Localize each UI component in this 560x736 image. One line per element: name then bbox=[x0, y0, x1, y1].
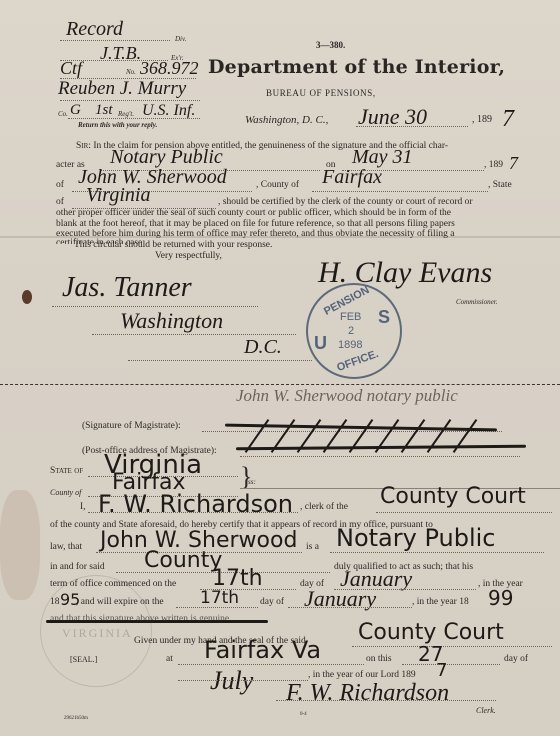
expire-month-line bbox=[288, 607, 412, 608]
body-line-1: , should be certified by the clerk of th… bbox=[218, 197, 473, 207]
is-a-label: is a bbox=[306, 542, 319, 552]
addressee-state: D.C. bbox=[244, 336, 282, 359]
regt-value: 1st bbox=[95, 102, 113, 119]
state-of-label: State of bbox=[50, 466, 83, 476]
office-value: Notary Public bbox=[336, 524, 495, 552]
in-and-for-label: in and for said bbox=[50, 562, 105, 572]
state-label: , State bbox=[488, 180, 512, 190]
magistrate-signature-label: (Signature of Magistrate): bbox=[82, 421, 181, 431]
commenced-year-prefix: 18 bbox=[50, 597, 60, 607]
i-label: I, bbox=[80, 502, 86, 512]
clerk-name: F. W. Richardson bbox=[98, 490, 293, 518]
co-line bbox=[68, 118, 200, 119]
seal-label: [SEAL.] bbox=[70, 655, 97, 664]
year-prefix: , 189 bbox=[472, 114, 492, 125]
pension-office-stamp: PENSION FEB 2 1898 U S OFFICE. bbox=[306, 283, 402, 379]
office-line bbox=[330, 552, 544, 553]
in-and-for-value: County bbox=[144, 548, 222, 573]
at-place: Fairfax Va bbox=[204, 636, 321, 664]
claimant-line bbox=[60, 100, 200, 101]
clerk-signature-line bbox=[276, 700, 496, 701]
pension-circular-document: VIRGINIA Record Div. J.T.B. Ex'r. Ctf No… bbox=[0, 0, 560, 736]
no-label: No. bbox=[126, 68, 136, 76]
given-month: July bbox=[210, 666, 253, 696]
on-year-prefix: , 189 bbox=[484, 160, 503, 170]
struck-line-mark bbox=[46, 620, 268, 623]
clerk-signature: F. W. Richardson bbox=[286, 680, 449, 707]
county-value: Fairfax bbox=[322, 166, 382, 189]
stamp-year: 1898 bbox=[338, 339, 362, 351]
return-note: Return this with your reply. bbox=[78, 121, 157, 129]
expire-day: 17th bbox=[200, 588, 239, 608]
div-line bbox=[60, 40, 170, 41]
given-court-line bbox=[352, 646, 552, 647]
expire-year-label: , in the year 18 bbox=[412, 597, 469, 607]
expire-label: , and will expire on the bbox=[76, 597, 164, 607]
commissioner-label: Commissioner. bbox=[456, 298, 497, 306]
on-year-value: 7 bbox=[509, 153, 518, 174]
stamp-day: 2 bbox=[348, 325, 354, 337]
magistrate-address-line bbox=[240, 456, 520, 457]
clerk-of-label: , clerk of the bbox=[300, 502, 348, 512]
addressee-line-1 bbox=[52, 306, 258, 307]
stamp-month: FEB bbox=[340, 311, 361, 323]
salutation: Sir: bbox=[76, 141, 91, 151]
body-line-2: other proper officer under the seal of s… bbox=[56, 208, 451, 218]
co-label: Co. bbox=[58, 110, 68, 118]
of-label: of bbox=[56, 180, 64, 190]
claimant-name: Reuben J. Murry bbox=[58, 78, 186, 100]
expire-day-of-label: day of bbox=[260, 597, 284, 607]
year-lord-label: , in the year of our Lord 189 bbox=[308, 670, 416, 680]
of2-label: of bbox=[56, 197, 64, 207]
form-number: 3—380. bbox=[316, 40, 345, 50]
on-this-day-line bbox=[402, 664, 500, 665]
tear-line bbox=[0, 384, 560, 385]
addressee-line-2 bbox=[92, 334, 296, 335]
clerk-label: Clerk. bbox=[476, 706, 496, 715]
return-circular-note: This circular should be returned with yo… bbox=[74, 240, 272, 250]
div-label: Div. bbox=[175, 35, 186, 43]
year-lord-value: 7 bbox=[436, 660, 447, 681]
stamp-right: S bbox=[378, 307, 390, 328]
place-label: Washington, D. C., bbox=[245, 114, 328, 126]
body-line-3: blank at the foot hereof, that it may be… bbox=[56, 219, 455, 229]
bureau-title: BUREAU OF PENSIONS, bbox=[266, 88, 376, 98]
div-value: Record bbox=[66, 18, 123, 41]
page-code: 0-4 bbox=[300, 712, 307, 717]
date-line bbox=[356, 126, 468, 127]
day-of-label-2: day of bbox=[504, 654, 528, 664]
co-value: G bbox=[70, 102, 81, 119]
at-label: at bbox=[166, 654, 173, 664]
court-line bbox=[376, 512, 552, 513]
closing: Very respectfully, bbox=[155, 251, 222, 261]
expire-day-line bbox=[176, 607, 258, 608]
at-place-line bbox=[178, 664, 364, 665]
court-value: County Court bbox=[380, 484, 526, 509]
stamp-bottom: OFFICE. bbox=[335, 348, 380, 374]
expire-year-value: 99 bbox=[488, 586, 513, 610]
no-value: 368.972 bbox=[140, 58, 199, 79]
state-value: Virginia bbox=[86, 184, 150, 207]
print-code: 29621b50m bbox=[64, 716, 88, 721]
water-stain bbox=[0, 490, 40, 600]
addressee-name: Jas. Tanner bbox=[62, 272, 192, 304]
stamp-left: U bbox=[314, 333, 327, 354]
addressee-city: Washington bbox=[120, 308, 223, 334]
county-label: , County of bbox=[256, 180, 299, 190]
department-title: Department of the Interior, bbox=[208, 56, 505, 78]
on-this-label: on this bbox=[366, 654, 392, 664]
ink-blot bbox=[22, 290, 32, 304]
magistrate-annotation: John W. Sherwood notary public bbox=[236, 386, 458, 406]
addressee-line-3 bbox=[128, 360, 312, 361]
no-prefix: Ctf bbox=[60, 58, 82, 79]
clerk-name-line bbox=[88, 512, 298, 513]
law-that-label: law, that bbox=[50, 542, 82, 552]
magistrate-signature-line bbox=[202, 431, 502, 432]
expire-month: January bbox=[304, 586, 376, 612]
county-line bbox=[312, 191, 488, 192]
county-of-label: County of bbox=[50, 488, 81, 497]
embossed-seal-text: VIRGINIA bbox=[62, 626, 133, 641]
regt-label: Reg't. bbox=[118, 110, 134, 118]
year-value: 7 bbox=[502, 106, 514, 133]
term-label: term of office commenced on the bbox=[50, 579, 176, 589]
